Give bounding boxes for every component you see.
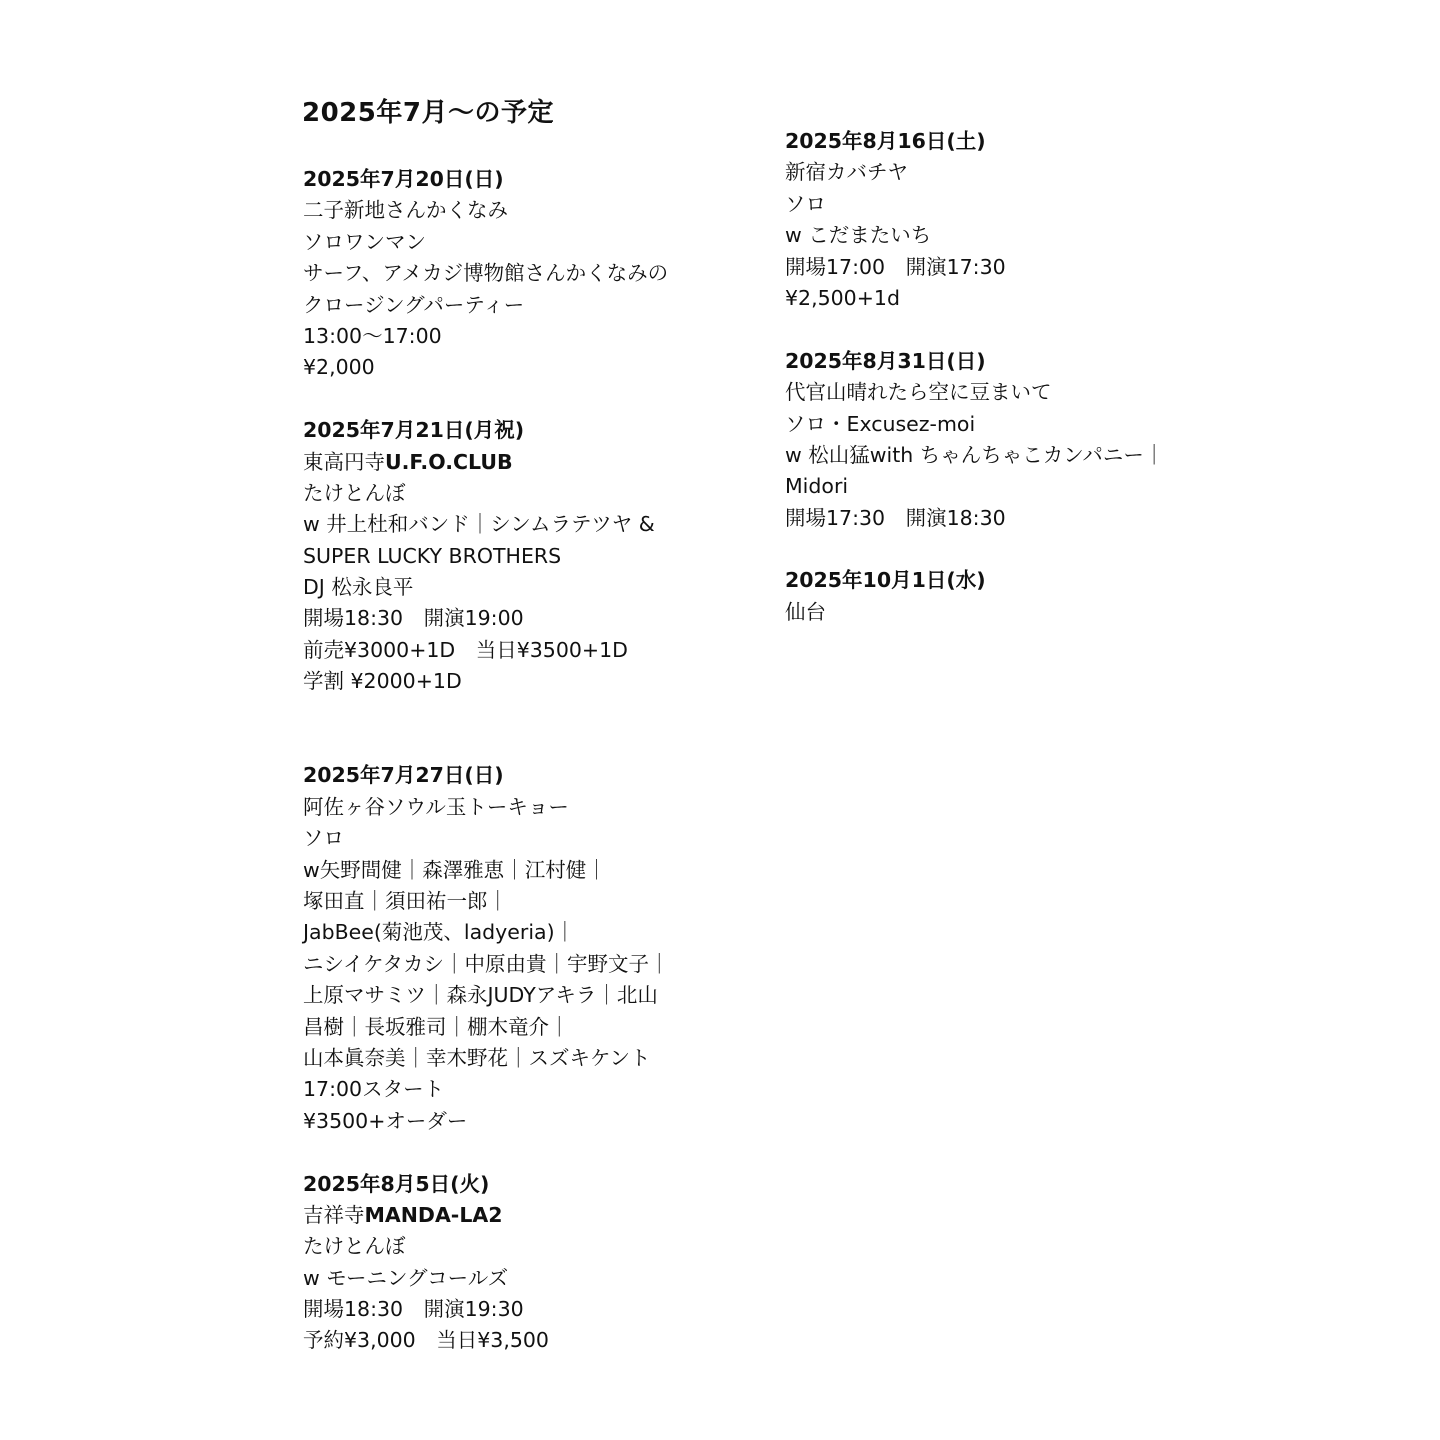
event-date: 2025年8月31日(日) (785, 346, 1255, 377)
event-time: 開場17:00 開演17:30 (785, 252, 1255, 283)
event-lineup: 昌樹｜長坂雅司｜棚木竜介｜ (303, 1012, 773, 1043)
event-venue: 東高円寺U.F.O.CLUB (303, 447, 773, 478)
event-lineup: 上原マサミツ｜森永JUDYアキラ｜北山 (303, 980, 773, 1011)
venue-name: U.F.O.CLUB (385, 450, 513, 474)
event-venue: 吉祥寺MANDA-LA2 (303, 1200, 773, 1231)
event-lineup: w モーニングコールズ (303, 1263, 773, 1294)
event-date: 2025年8月16日(土) (785, 126, 1255, 157)
event-venue: 阿佐ヶ谷ソウル玉トーキョー (303, 792, 773, 823)
event-lineup: JabBee(菊池茂、ladyeria)｜ (303, 917, 773, 948)
event-price: ¥3500+オーダー (303, 1106, 773, 1137)
event-dj: DJ 松永良平 (303, 572, 773, 603)
event-date: 2025年8月5日(火) (303, 1169, 773, 1200)
venue-area: 東高円寺 (303, 450, 385, 474)
event-time: 開場18:30 開演19:30 (303, 1294, 773, 1325)
event-date: 2025年10月1日(水) (785, 565, 1255, 596)
event-time: 13:00〜17:00 (303, 321, 773, 352)
event-time: 17:00スタート (303, 1074, 773, 1105)
event-detail: ソロ・Excusez-moi (785, 409, 1255, 440)
spacer (303, 1137, 773, 1168)
venue-name: MANDA-LA2 (365, 1203, 503, 1227)
event-venue: 新宿カバチヤ (785, 157, 1255, 188)
spacer (785, 314, 1255, 345)
event-lineup: SUPER LUCKY BROTHERS (303, 541, 773, 572)
event-date: 2025年7月21日(月祝) (303, 415, 773, 446)
page-title: 2025年7月〜の予定 (302, 95, 554, 131)
event-2025-08-05: 2025年8月5日(火) 吉祥寺MANDA-LA2 たけとんぼ w モーニングコ… (303, 1169, 773, 1357)
venue-area: 吉祥寺 (303, 1203, 365, 1227)
spacer (785, 534, 1255, 565)
event-date: 2025年7月20日(日) (303, 164, 773, 195)
event-venue: 二子新地さんかくなみ (303, 195, 773, 226)
event-price: 予約¥3,000 当日¥3,500 (303, 1325, 773, 1356)
event-time: 開場18:30 開演19:00 (303, 603, 773, 634)
event-lineup: ニシイケタカシ｜中原由貴｜宇野文子｜ (303, 949, 773, 980)
event-price: 前売¥3000+1D 当日¥3500+1D (303, 635, 773, 666)
event-lineup: Midori (785, 471, 1255, 502)
left-column: 2025年7月20日(日) 二子新地さんかくなみ ソロワンマン サーフ、アメカジ… (303, 164, 773, 1357)
event-2025-08-16: 2025年8月16日(土) 新宿カバチヤ ソロ w こだまたいち 開場17:00… (785, 126, 1255, 314)
event-2025-08-31: 2025年8月31日(日) 代官山晴れたら空に豆まいて ソロ・Excusez-m… (785, 346, 1255, 534)
event-lineup: w こだまたいち (785, 220, 1255, 251)
right-column: 2025年8月16日(土) 新宿カバチヤ ソロ w こだまたいち 開場17:00… (785, 126, 1255, 628)
event-detail: たけとんぼ (303, 478, 773, 509)
event-detail: たけとんぼ (303, 1231, 773, 1262)
event-detail: ソロワンマン (303, 227, 773, 258)
event-detail: ソロ (785, 189, 1255, 220)
event-price: ¥2,500+1d (785, 283, 1255, 314)
event-2025-07-21: 2025年7月21日(月祝) 東高円寺U.F.O.CLUB たけとんぼ w 井上… (303, 415, 773, 698)
spacer (303, 698, 773, 761)
event-lineup: w 井上杜和バンド｜シンムラテツヤ & (303, 509, 773, 540)
event-detail: サーフ、アメカジ博物館さんかくなみの (303, 258, 773, 289)
spacer (303, 384, 773, 415)
event-detail: クロージングパーティー (303, 290, 773, 321)
event-date: 2025年7月27日(日) (303, 760, 773, 791)
event-lineup: w矢野間健｜森澤雅恵｜江村健｜ (303, 855, 773, 886)
event-2025-07-27: 2025年7月27日(日) 阿佐ヶ谷ソウル玉トーキョー ソロ w矢野間健｜森澤雅… (303, 760, 773, 1137)
event-lineup: w 松山猛with ちゃんちゃこカンパニー｜ (785, 440, 1255, 471)
event-detail: ソロ (303, 823, 773, 854)
event-price: 学割 ¥2000+1D (303, 666, 773, 697)
event-2025-07-20: 2025年7月20日(日) 二子新地さんかくなみ ソロワンマン サーフ、アメカジ… (303, 164, 773, 384)
event-price: ¥2,000 (303, 352, 773, 383)
event-venue: 仙台 (785, 597, 1255, 628)
event-lineup: 山本眞奈美｜幸木野花｜スズキケント (303, 1043, 773, 1074)
event-venue: 代官山晴れたら空に豆まいて (785, 377, 1255, 408)
event-time: 開場17:30 開演18:30 (785, 503, 1255, 534)
event-lineup: 塚田直｜須田祐一郎｜ (303, 886, 773, 917)
event-2025-10-01: 2025年10月1日(水) 仙台 (785, 565, 1255, 628)
